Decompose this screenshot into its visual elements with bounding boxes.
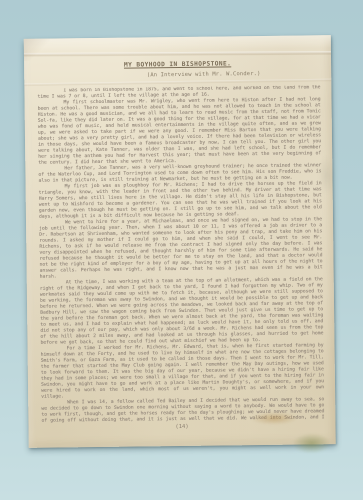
document-page: MY BOYHOOD IN BISHOPSTONE. (An Interview… [24, 35, 336, 448]
paragraph: We went to hire for a year, at Michaelma… [39, 217, 323, 280]
document-title: MY BOYHOOD IN BISHOPSTONE. [24, 59, 331, 70]
paper-stain-gray [317, 155, 335, 195]
body-text: I was born in Bishopstone in 1875, and w… [37, 85, 324, 423]
paragraph: My first schoolmaster was Mr. Wrigley, w… [38, 97, 322, 166]
page-number: (14) [28, 422, 335, 432]
document-title-text: MY BOYHOOD IN BISHOPSTONE. [124, 60, 231, 68]
paper-crease [24, 51, 331, 57]
paper-corner-fold [24, 39, 50, 61]
album-page-background: MY BOYHOOD IN BISHOPSTONE. (An Interview… [0, 0, 363, 500]
paragraph: At the time, I was working with a team a… [40, 277, 324, 346]
paper-stain-olive [293, 433, 331, 453]
paragraph: For a time I worked for Mr. Richens, Mr.… [41, 343, 325, 400]
paragraph: My first job was as ploughboy for Mr. Ri… [39, 181, 322, 220]
